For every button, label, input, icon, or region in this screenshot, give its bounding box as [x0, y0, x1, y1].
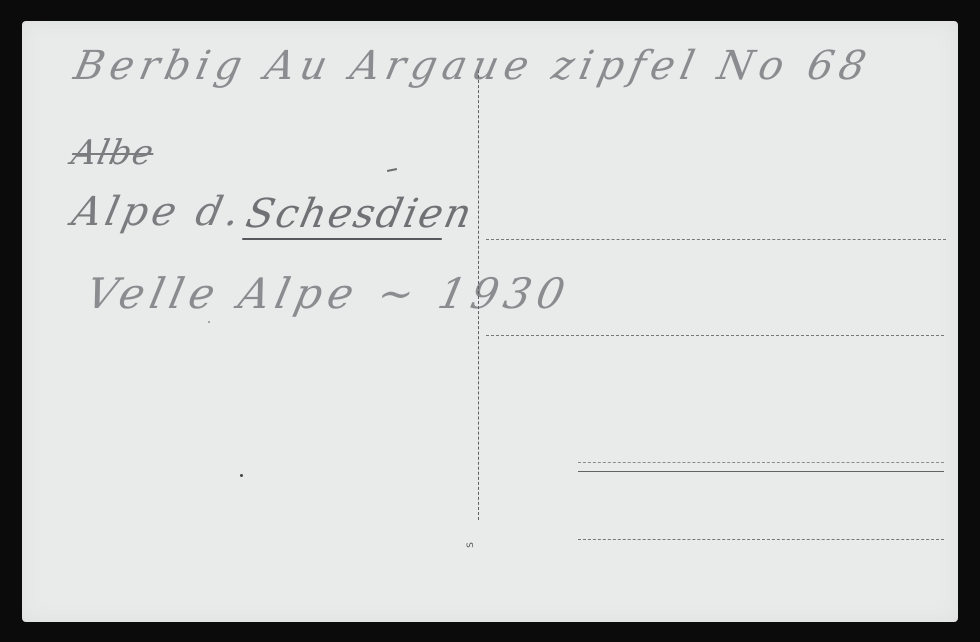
paper-speck: [240, 474, 243, 477]
handwritten-line-alpe-prefix: Alpe d.: [68, 189, 248, 235]
handwritten-line-location: Berbig Au Argaue zipfel No 68: [70, 43, 876, 89]
printer-mark: S: [466, 542, 476, 548]
center-divider-line: [478, 70, 479, 520]
address-line-3-upper: [578, 462, 944, 463]
address-line-4: [578, 539, 944, 540]
name-underline: [242, 238, 442, 240]
handwritten-line-date: Velle Alpe ~ 1930: [82, 269, 575, 318]
address-line-1: [486, 239, 946, 240]
accent-mark: [387, 168, 397, 172]
handwritten-struck-word: Albe: [68, 133, 158, 173]
address-line-3-lower: [578, 471, 944, 472]
address-line-2: [486, 335, 944, 336]
postcard-back: Berbig Au Argaue zipfel No 68 Albe Alpe …: [22, 21, 958, 622]
paper-speck: [208, 321, 210, 323]
handwritten-line-alpe-name: Schesdien: [242, 191, 477, 237]
